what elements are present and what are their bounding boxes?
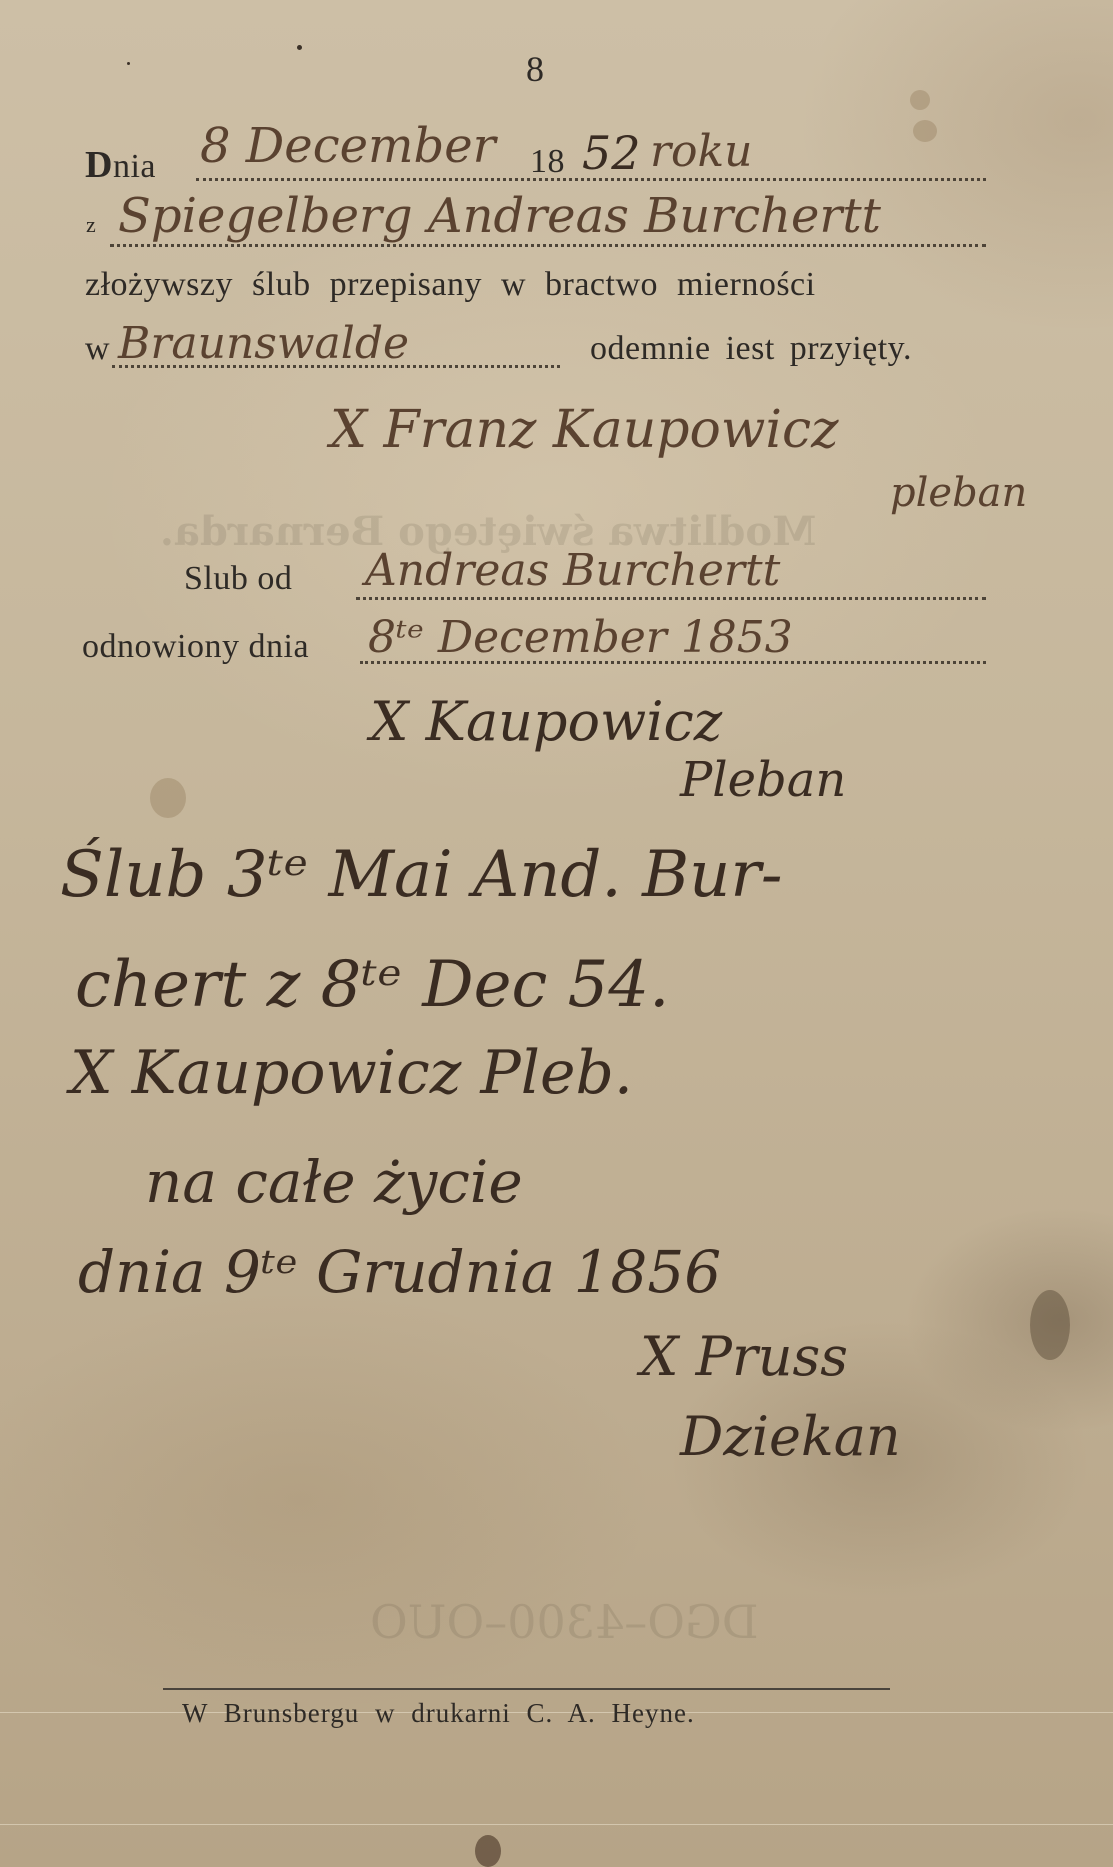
paper-fold: [0, 1824, 1113, 1825]
fill-in-line: [110, 244, 986, 247]
fill-in-line: [356, 597, 986, 600]
document-page: Modlitwa świętego Bernarda. DGO–4300–OUO…: [0, 0, 1113, 1867]
handwritten-slub-name: Andreas Burchertt: [365, 545, 780, 596]
z-label: z: [86, 212, 96, 238]
page-number: 8: [526, 48, 544, 90]
ink-speck: [297, 45, 302, 50]
w-label: w: [85, 330, 110, 368]
handwritten-name: Spiegelberg Andreas Burchertt: [118, 188, 881, 244]
annotation-line-2: chert z 8ᵗᵉ Dec 54.: [75, 948, 669, 1022]
printer-imprint: W Brunsbergu w drukarni C. A. Heyne.: [182, 1698, 695, 1729]
bleedthrough-code: DGO–4300–OUO: [370, 1595, 759, 1649]
handwritten-parish: Braunswalde: [118, 318, 409, 369]
handwritten-roku: roku: [650, 126, 753, 177]
drop-cap: D: [85, 144, 113, 186]
annotation-line-5: dnia 9ᵗᵉ Grudnia 1856: [78, 1238, 721, 1306]
annotation-line-3: X Kaupowicz Pleb.: [70, 1038, 633, 1108]
handwritten-year: 52: [582, 126, 641, 180]
signature-title-2: Pleban: [680, 752, 846, 808]
slub-od-label: Slub od: [184, 560, 292, 598]
date-line-label: Dnia: [85, 143, 156, 187]
vow-text: złożywszy ślub przepisany w bractwo mier…: [85, 266, 816, 304]
footer-rule: [163, 1688, 890, 1690]
annotation-signature-pruss: X Pruss: [640, 1325, 848, 1388]
signature-kaupowicz-2: X Kaupowicz: [370, 690, 722, 753]
annotation-signature-title: Dziekan: [680, 1405, 901, 1468]
water-stain: [150, 778, 186, 818]
annotation-line-1: Ślub 3ᵗᵉ Mai And. Bur-: [60, 838, 783, 912]
signature-kaupowicz-1: X Franz Kaupowicz: [330, 400, 839, 460]
odnowiony-label: odnowiony dnia: [82, 628, 309, 666]
printed-year-prefix: 18: [530, 143, 565, 181]
ink-stain: [1030, 1290, 1070, 1360]
signature-title-1: pleban: [890, 470, 1027, 516]
ink-speck: [127, 62, 130, 65]
handwritten-renewal-date: 8ᵗᵉ December 1853: [368, 612, 793, 663]
handwritten-date: 8 December: [200, 118, 496, 174]
water-stain: [910, 90, 930, 110]
ink-stain: [475, 1835, 501, 1867]
water-stain: [913, 120, 937, 142]
annotation-line-4: na całe życie: [145, 1148, 523, 1216]
accepted-text: odemnie iest przyięty.: [590, 330, 912, 368]
